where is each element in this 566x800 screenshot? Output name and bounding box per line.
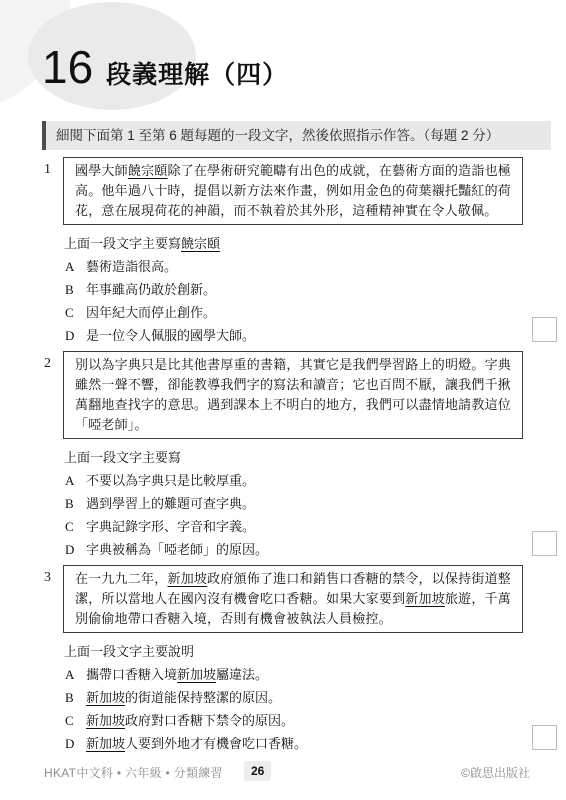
underlined-proper-noun: 饒宗頤: [181, 236, 220, 251]
option-letter: C: [65, 712, 86, 729]
chapter-number: 16: [42, 44, 93, 90]
option-letter: A: [65, 472, 86, 489]
passage-box: 在一九九二年，新加坡政府頒佈了進口和銷售口香糖的禁令，以保持街道整潔，所以當地人…: [63, 565, 523, 633]
option-row: D 是一位令人佩服的國學大師。: [65, 327, 489, 344]
option-text: 因年紀大而停止創作。: [86, 304, 216, 321]
passage-text: 別以為字典只是比其他書厚重的書籍，其實它是我們學習路上的明燈。字典雖然一聲不響，…: [75, 355, 511, 435]
option-text: 藝術造詣很高。: [86, 258, 177, 275]
option-row: D 新加坡人要到外地才有機會吃口香糖。: [65, 735, 489, 752]
text-segment: 上面一段文字主要寫: [64, 236, 181, 251]
text-segment: 攜帶口香糖入境: [86, 667, 177, 682]
passage-row: 1 國學大師饒宗頤除了在學術研究範疇有出色的成就，在藝術方面的造詣也極高。他年過…: [44, 157, 523, 225]
option-letter: C: [65, 518, 86, 535]
question-number: 3: [44, 565, 63, 633]
option-text: 字典被稱為「啞老師」的原因。: [86, 541, 268, 558]
option-text: 字典記錄字形、字音和字義。: [86, 518, 255, 535]
option-row: C 因年紀大而停止創作。: [65, 304, 489, 321]
answer-box[interactable]: [532, 531, 557, 556]
option-letter: A: [65, 258, 86, 275]
text-segment: 年事雖高仍敢於創新。: [86, 282, 216, 297]
passage-box: 國學大師饒宗頤除了在學術研究範疇有出色的成就，在藝術方面的造詣也極高。他年過八十…: [63, 157, 523, 225]
passage-text: 國學大師饒宗頤除了在學術研究範疇有出色的成就，在藝術方面的造詣也極高。他年過八十…: [75, 161, 511, 221]
text-segment: 字典被稱為「啞老師」的原因。: [86, 542, 268, 557]
passage-row: 3 在一九九二年，新加坡政府頒佈了進口和銷售口香糖的禁令，以保持街道整潔，所以當…: [44, 565, 523, 633]
passage-row: 2 別以為字典只是比其他書厚重的書籍，其實它是我們學習路上的明燈。字典雖然一聲不…: [44, 351, 523, 439]
text-segment: 藝術造詣很高。: [86, 259, 177, 274]
option-text: 是一位令人佩服的國學大師。: [86, 327, 255, 344]
text-segment: 的街道能保持整潔的原因。: [125, 690, 281, 705]
chapter-header: 16 段義理解（四）: [42, 44, 566, 91]
option-text: 新加坡政府對口香糖下禁令的原因。: [86, 712, 294, 729]
option-row: C 字典記錄字形、字音和字義。: [65, 518, 489, 535]
underlined-proper-noun: 新加坡: [86, 690, 125, 705]
text-segment: 因年紀大而停止創作。: [86, 305, 216, 320]
question-number: 1: [44, 157, 63, 225]
option-text: 新加坡人要到外地才有機會吃口香糖。: [86, 735, 307, 752]
option-row: D 字典被稱為「啞老師」的原因。: [65, 541, 489, 558]
answer-box[interactable]: [532, 725, 557, 750]
question-block: 2 別以為字典只是比其他書厚重的書籍，其實它是我們學習路上的明燈。字典雖然一聲不…: [44, 351, 523, 558]
options: A 攜帶口香糖入境新加坡屬違法。 B 新加坡的街道能保持整潔的原因。 C 新加坡…: [65, 666, 523, 752]
option-row: A 藝術造詣很高。: [65, 258, 489, 275]
option-letter: D: [65, 327, 86, 344]
option-row: B 新加坡的街道能保持整潔的原因。: [65, 689, 489, 706]
page-number-badge: 26: [244, 761, 271, 781]
question-block: 1 國學大師饒宗頤除了在學術研究範疇有出色的成就，在藝術方面的造詣也極高。他年過…: [44, 157, 523, 344]
option-letter: C: [65, 304, 86, 321]
option-text: 新加坡的街道能保持整潔的原因。: [86, 689, 281, 706]
option-letter: D: [65, 735, 86, 752]
prompt-text: 上面一段文字主要寫饒宗頤: [64, 235, 523, 252]
option-row: B 年事雖高仍敢於創新。: [65, 281, 489, 298]
prompt-text: 上面一段文字主要寫: [64, 449, 523, 466]
instruction-text: 細閱下面第 1 至第 6 題每題的一段文字，然後依照指示作答。（每題 2 分）: [56, 128, 499, 143]
options: A 不要以為字典只是比較厚重。 B 遇到學習上的難題可查字典。 C 字典記錄字形…: [65, 472, 523, 558]
text-segment: 人要到外地才有機會吃口香糖。: [125, 736, 307, 751]
option-letter: A: [65, 666, 86, 683]
passage-text: 在一九九二年，新加坡政府頒佈了進口和銷售口香糖的禁令，以保持街道整潔，所以當地人…: [75, 569, 511, 629]
worksheet-page: 16 段義理解（四） 細閱下面第 1 至第 6 題每題的一段文字，然後依照指示作…: [0, 44, 566, 752]
option-letter: B: [65, 689, 86, 706]
text-segment: 政府對口香糖下禁令的原因。: [125, 713, 294, 728]
option-row: C 新加坡政府對口香糖下禁令的原因。: [65, 712, 489, 729]
option-row: A 不要以為字典只是比較厚重。: [65, 472, 489, 489]
text-segment: 不要以為字典只是比較厚重。: [86, 473, 255, 488]
options: A 藝術造詣很高。 B 年事雖高仍敢於創新。 C 因年紀大而停止創作。 D 是一…: [65, 258, 523, 344]
underlined-proper-noun: 新加坡: [86, 736, 125, 751]
option-letter: B: [65, 495, 86, 512]
text-segment: 是一位令人佩服的國學大師。: [86, 328, 255, 343]
question-block: 3 在一九九二年，新加坡政府頒佈了進口和銷售口香糖的禁令，以保持街道整潔，所以當…: [44, 565, 523, 752]
footer-series-title: HKAT中文科 • 六年級 • 分類練習: [44, 764, 223, 781]
text-segment: 遇到學習上的難題可查字典。: [86, 496, 255, 511]
option-letter: B: [65, 281, 86, 298]
text-segment: 上面一段文字主要說明: [64, 644, 194, 659]
underlined-proper-noun: 新加坡: [86, 713, 125, 728]
text-segment: 國學大師: [75, 163, 128, 178]
option-text: 遇到學習上的難題可查字典。: [86, 495, 255, 512]
passage-box: 別以為字典只是比其他書厚重的書籍，其實它是我們學習路上的明燈。字典雖然一聲不響，…: [63, 351, 523, 439]
option-text: 攜帶口香糖入境新加坡屬違法。: [86, 666, 268, 683]
page-title: 段義理解（四）: [106, 55, 288, 91]
question-number: 2: [44, 351, 63, 439]
underlined-proper-noun: 新加坡: [405, 591, 445, 606]
underlined-proper-noun: 新加坡: [167, 571, 207, 586]
text-segment: 在一九九二年，: [75, 571, 167, 586]
option-text: 不要以為字典只是比較厚重。: [86, 472, 255, 489]
prompt-text: 上面一段文字主要說明: [64, 643, 523, 660]
text-segment: 別以為字典只是比其他書厚重的書籍，其實它是我們學習路上的明燈。字典雖然一聲不響，…: [75, 357, 511, 432]
underlined-proper-noun: 饒宗頤: [128, 163, 168, 178]
text-segment: 字典記錄字形、字音和字義。: [86, 519, 255, 534]
option-text: 年事雖高仍敢於創新。: [86, 281, 216, 298]
underlined-proper-noun: 新加坡: [177, 667, 216, 682]
questions: 1 國學大師饒宗頤除了在學術研究範疇有出色的成就，在藝術方面的造詣也極高。他年過…: [44, 157, 523, 752]
option-row: B 遇到學習上的難題可查字典。: [65, 495, 489, 512]
option-letter: D: [65, 541, 86, 558]
option-row: A 攜帶口香糖入境新加坡屬違法。: [65, 666, 489, 683]
instruction-bar: 細閱下面第 1 至第 6 題每題的一段文字，然後依照指示作答。（每題 2 分）: [42, 121, 551, 150]
text-segment: 屬違法。: [216, 667, 268, 682]
footer-publisher: ©啟思出版社: [461, 764, 530, 781]
answer-box[interactable]: [532, 317, 557, 342]
page-footer: HKAT中文科 • 六年級 • 分類練習 26 ©啟思出版社: [0, 761, 566, 785]
text-segment: 上面一段文字主要寫: [64, 450, 181, 465]
